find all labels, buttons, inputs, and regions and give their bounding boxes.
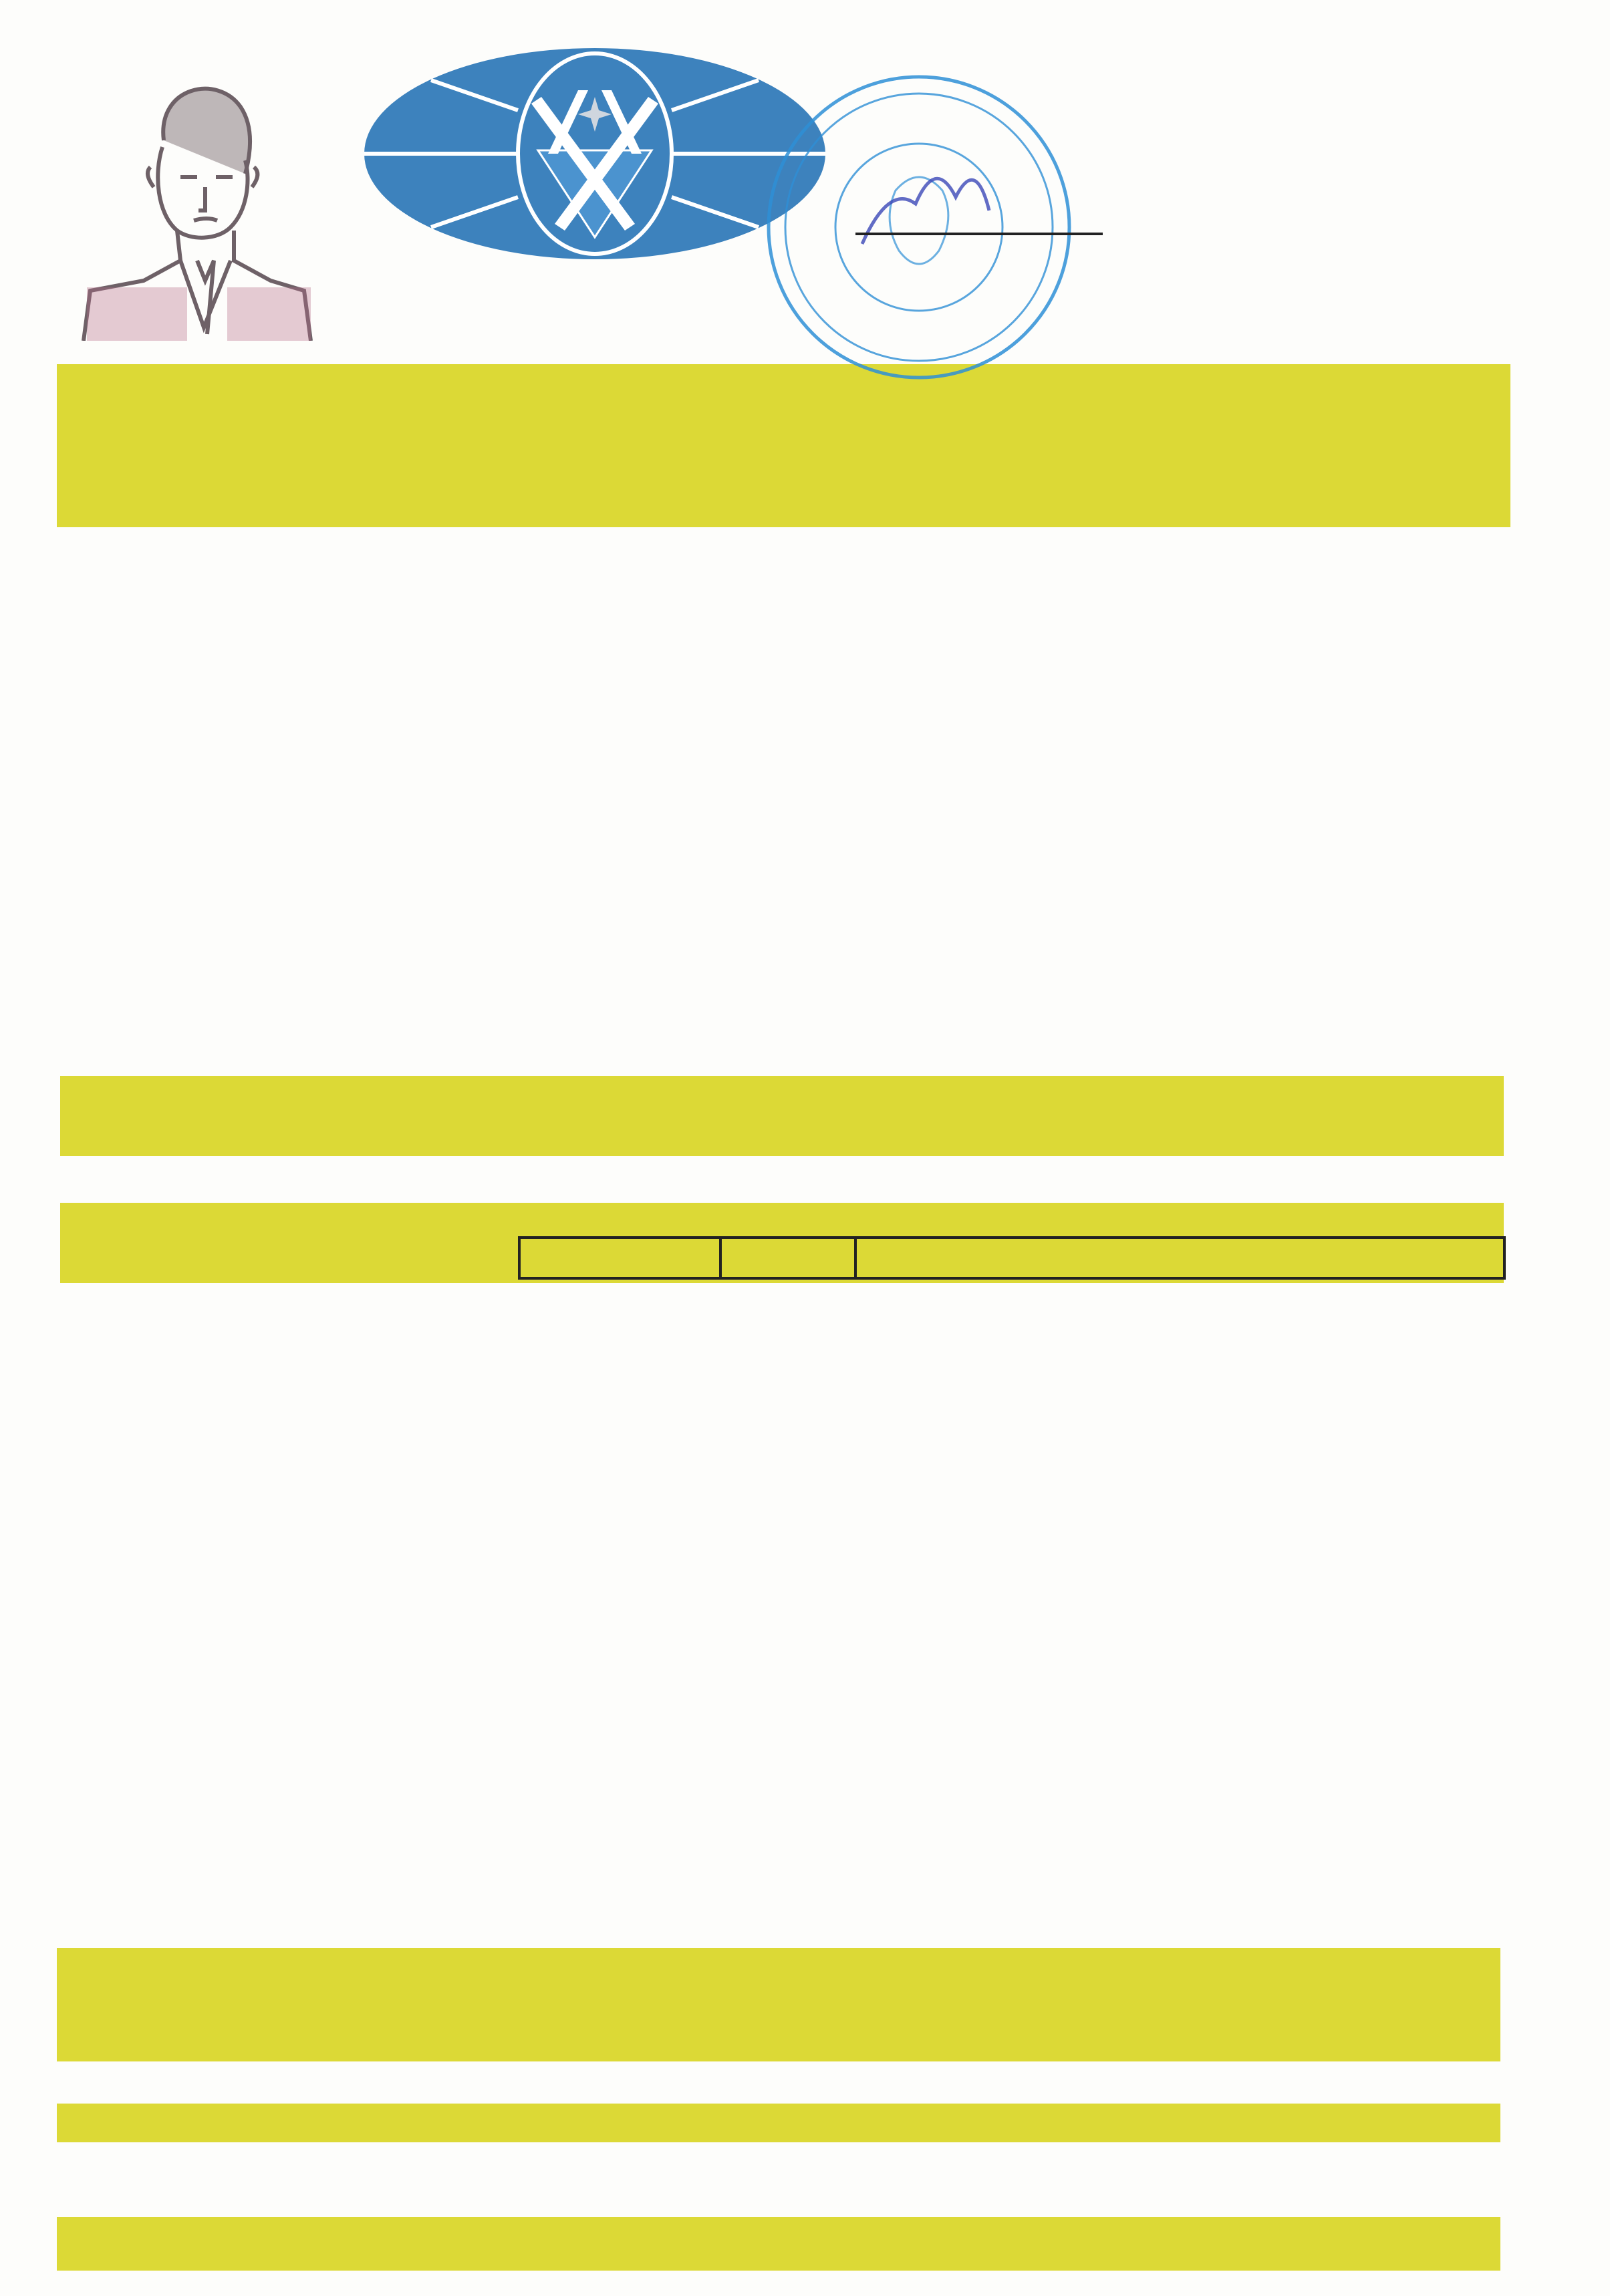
schedule-weights-cell — [854, 1236, 1506, 1280]
footer-highlight — [57, 2217, 1500, 2271]
portrait-image — [63, 60, 317, 341]
signature-line — [855, 233, 1103, 235]
address-highlight — [57, 2104, 1500, 2142]
deadline-highlight — [57, 1948, 1500, 2061]
official-stamp — [762, 70, 1076, 384]
schedule-time-cell — [719, 1236, 857, 1280]
schedule-years-cell — [518, 1236, 722, 1280]
venue-highlight — [60, 1076, 1504, 1156]
subtitle-highlight — [57, 364, 1510, 527]
competition-day-text — [140, 1088, 148, 1113]
